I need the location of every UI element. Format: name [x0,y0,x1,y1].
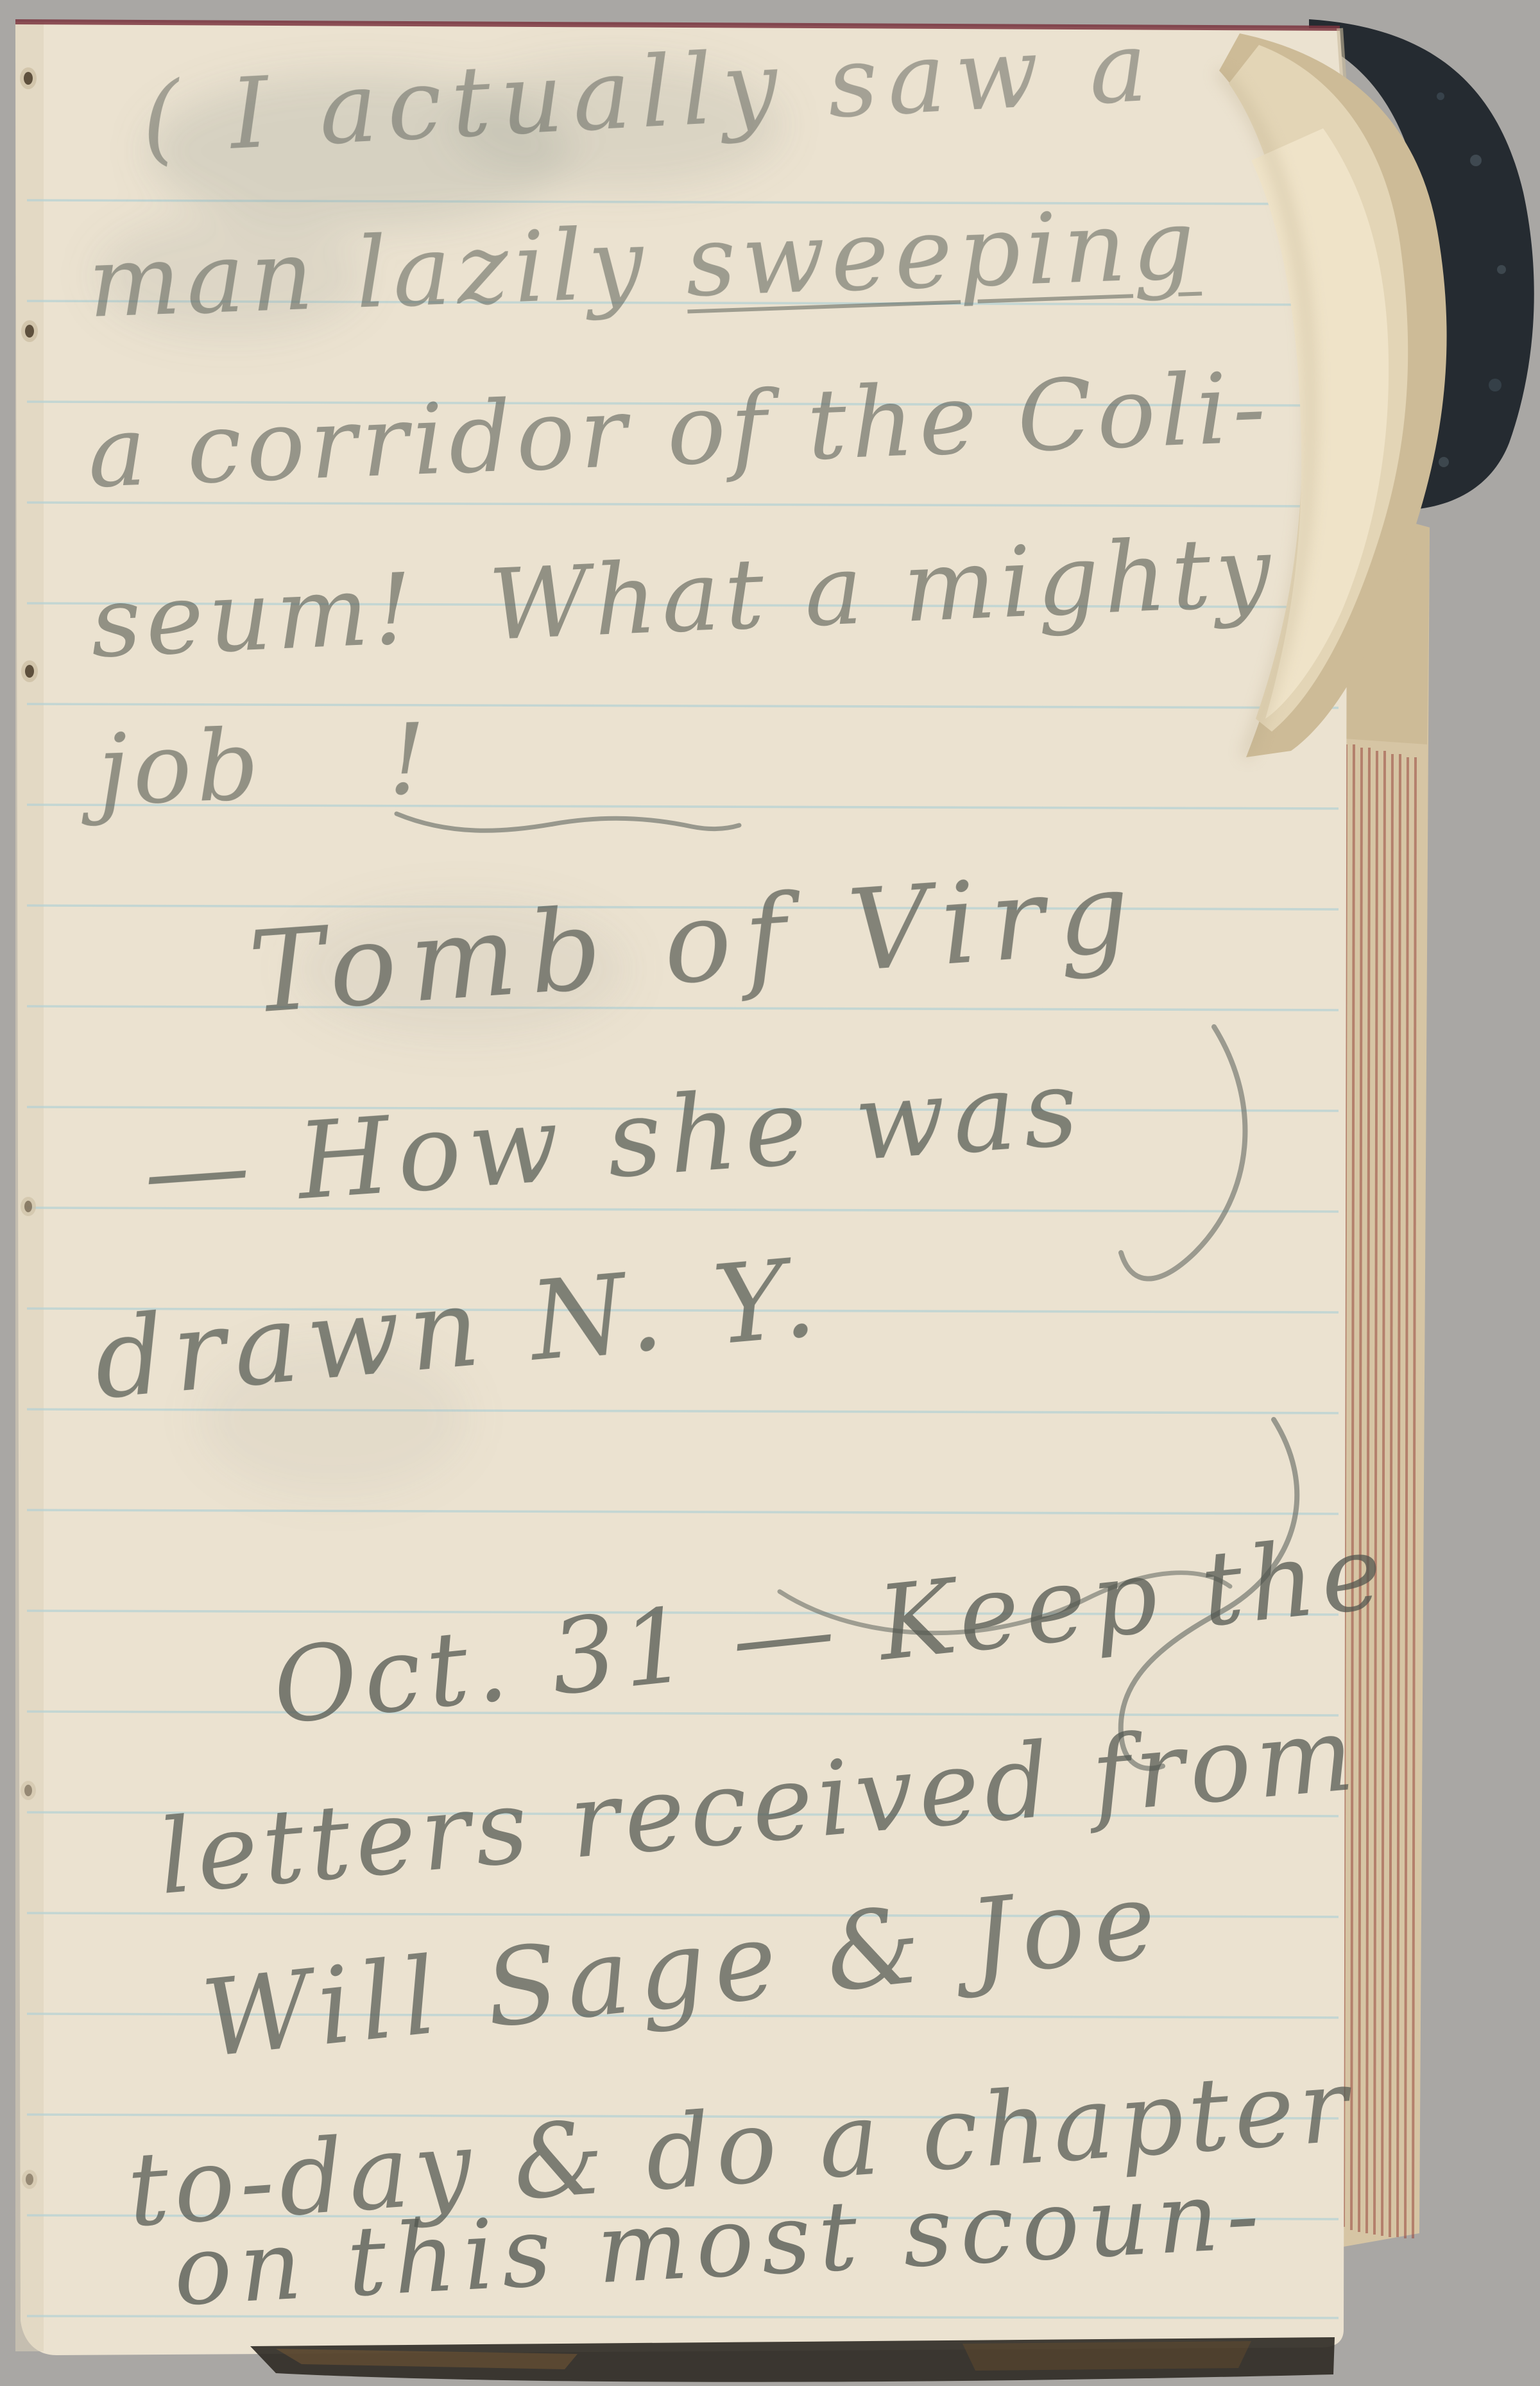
handwriting-line-prefix: man lazily [86,205,688,339]
underlined-word: sweeping [684,187,1202,319]
handwriting-line: job ! [96,710,433,820]
notebook-photo: ( I actually saw a man lazily sweeping a… [0,0,1540,2386]
